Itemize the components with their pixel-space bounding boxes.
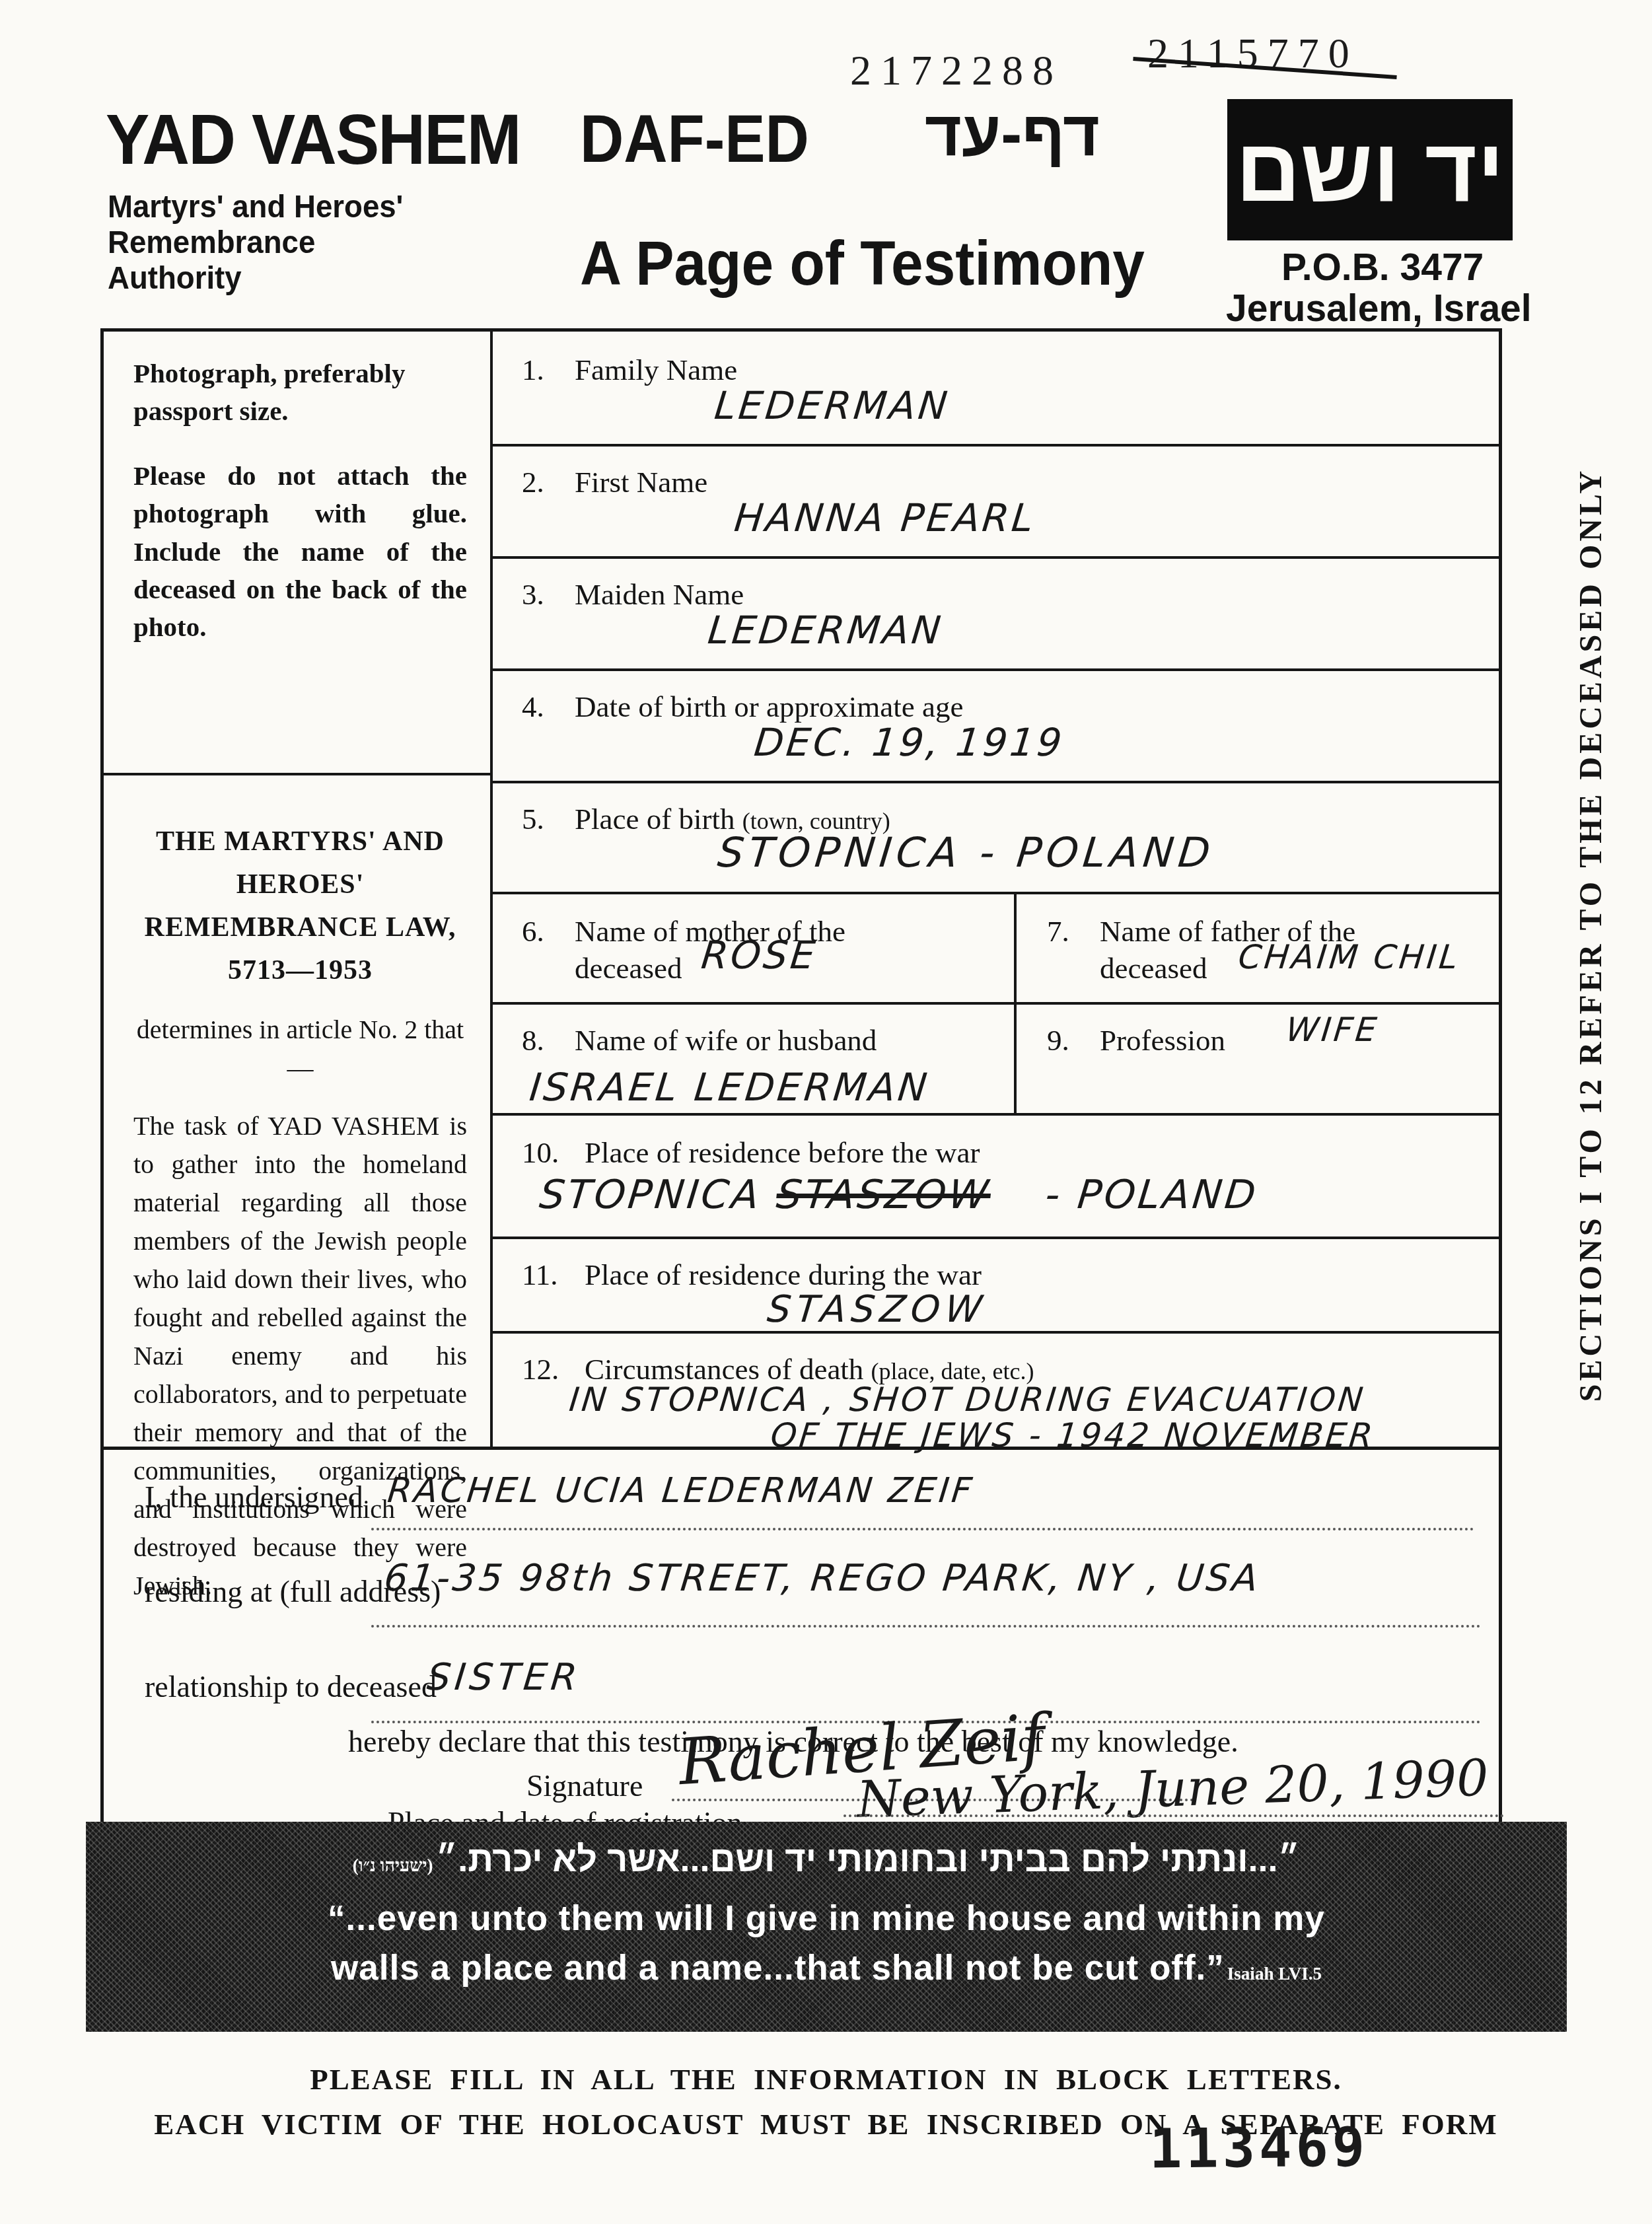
banner-hebrew-quote: ״...ונתתי להם בביתי ובחומותי יד ושם...אש… <box>435 1840 1300 1879</box>
org-subtitle: Martyrs' and Heroes' Remembrance Authori… <box>108 190 403 296</box>
page-of-testimony-form: 2172288 2115770 YAD VASHEM Martyrs' and … <box>0 0 1652 2224</box>
row-divider-1 <box>490 444 1499 447</box>
banner-english-line2: walls a place and a name...that shall no… <box>331 1949 1225 1988</box>
field10-value: STOPNICA STASZOW - POLAND <box>537 1172 1260 1218</box>
field10-value-part1: STOPNICA <box>537 1172 764 1218</box>
banner-english-line2-wrap: walls a place and a name...that shall no… <box>86 1948 1567 1988</box>
row-divider-4 <box>490 781 1499 783</box>
field9-label: 9.Profession <box>1047 1022 1225 1059</box>
field9-number: 9. <box>1047 1022 1100 1059</box>
row-divider-9 <box>490 1331 1499 1334</box>
field11-number: 11. <box>522 1256 585 1293</box>
field6-value: ROSE <box>699 933 820 978</box>
law-heading: THE MARTYRS' AND HEROES' REMEMBRANCE LAW… <box>133 820 467 992</box>
field10-value-part2: - POLAND <box>1043 1172 1260 1218</box>
field12-value-line1: IN STOPNICA , SHOT DURING EVACUATION <box>567 1381 1367 1419</box>
stamp-number-left: 2172288 <box>850 46 1063 95</box>
dotted-line-residing <box>371 1625 1481 1628</box>
pob-line: P.O.B. 3477 <box>1281 246 1484 289</box>
field10-number: 10. <box>522 1134 585 1171</box>
field1-value: LEDERMAN <box>712 383 952 428</box>
yad-vashem-logo: יד ושם <box>1227 99 1513 240</box>
banner-hebrew-line: ״...ונתתי להם בביתי ובחומותי יד ושם...אש… <box>86 1839 1567 1880</box>
left-cell-divider <box>104 773 490 775</box>
footer-instruction-line1: PLEASE FILL IN ALL THE INFORMATION IN BL… <box>0 2062 1652 2097</box>
footer-instruction-line2: EACH VICTIM OF THE HOLOCAUST MUST BE INS… <box>0 2107 1652 2141</box>
sub-column-divider <box>1014 892 1017 1113</box>
form-title: A Page of Testimony <box>580 228 1145 299</box>
declaration-section: I, the undersigned RACHEL UCIA LEDERMAN … <box>100 1443 1502 1822</box>
row-divider-8 <box>490 1237 1499 1239</box>
field2-value: HANNA PEARL <box>732 495 1038 540</box>
field1-number: 1. <box>522 351 575 388</box>
field8-label: 8.Name of wife or husband <box>522 1022 877 1059</box>
relationship-value: SISTER <box>425 1656 583 1699</box>
field4-value: DEC. 19, 1919 <box>752 720 1066 765</box>
field10-label: 10.Place of residence before the war <box>522 1134 980 1171</box>
photo-instructions: Photograph, preferably passport size. Pl… <box>133 355 467 647</box>
residing-value: 61-35 98th STREET, REGO PARK, NY , USA <box>382 1557 1263 1600</box>
undersigned-label: I, the undersigned <box>145 1480 363 1515</box>
stamp-number-bottom: 113469 <box>1149 2116 1369 2181</box>
row-divider-7 <box>490 1113 1499 1116</box>
undersigned-value: RACHEL UCIA LEDERMAN ZEIF <box>386 1471 976 1511</box>
city-line: Jerusalem, Israel <box>1226 287 1532 330</box>
org-subtitle-line1: Martyrs' and Heroes' <box>108 190 403 225</box>
org-name: YAD VASHEM <box>106 98 521 180</box>
field10-value-struck: STASZOW <box>774 1172 993 1218</box>
field7-value: CHAIM CHIL <box>1237 938 1462 976</box>
row-divider-3 <box>490 668 1499 671</box>
field5-number: 5. <box>522 801 575 838</box>
dotted-line-undersigned <box>371 1528 1474 1530</box>
field2-label: 2.First Name <box>522 464 707 501</box>
banner-english-line1: “...even unto them will I give in mine h… <box>86 1898 1567 1939</box>
banner-english-citation: Isaiah LVI.5 <box>1227 1964 1322 1984</box>
row-divider-5 <box>490 892 1499 894</box>
field9-value: WIFE <box>1284 1011 1381 1049</box>
row-divider-6 <box>490 1002 1499 1005</box>
field8-value: ISRAEL LEDERMAN <box>527 1065 931 1110</box>
relationship-label: relationship to deceased <box>145 1669 437 1704</box>
form-code: DAF-ED <box>580 100 809 178</box>
form-table: Photograph, preferably passport size. Pl… <box>100 328 1502 1450</box>
dotted-line-place-date <box>844 1814 1504 1817</box>
org-subtitle-line3: Authority <box>108 261 403 297</box>
field2-number: 2. <box>522 464 575 501</box>
law-subheading: determines in article No. 2 that — <box>133 1011 467 1087</box>
row-divider-2 <box>490 556 1499 559</box>
sidebar-vertical-note: SECTIONS I TO 12 REFER TO THE DECEASED O… <box>1573 468 1609 1402</box>
field5-value: STOPNICA - POLAND <box>715 828 1217 877</box>
field8-number: 8. <box>522 1022 575 1059</box>
column-divider <box>490 332 493 1447</box>
field3-number: 3. <box>522 576 575 613</box>
banner-hebrew-citation: (ישעיהו נ״ו) <box>353 1855 433 1875</box>
photo-instructions-para1: Photograph, preferably passport size. <box>133 355 467 431</box>
field11-value: STASZOW <box>766 1288 989 1331</box>
field1-label: 1.Family Name <box>522 351 737 388</box>
signature-label: Signature <box>526 1768 643 1803</box>
logo-hebrew-text: יד ושם <box>1236 118 1504 221</box>
field7-number: 7. <box>1047 913 1100 950</box>
field4-number: 4. <box>522 688 575 725</box>
field6-number: 6. <box>522 913 575 950</box>
form-code-hebrew: דף-עד <box>925 98 1100 170</box>
photo-instructions-para2: Please do not attach the photograph with… <box>133 457 467 647</box>
org-subtitle-line2: Remembrance <box>108 225 403 261</box>
field3-value: LEDERMAN <box>705 608 945 653</box>
scripture-banner: ״...ונתתי להם בביתי ובחומותי יד ושם...אש… <box>86 1822 1567 2032</box>
